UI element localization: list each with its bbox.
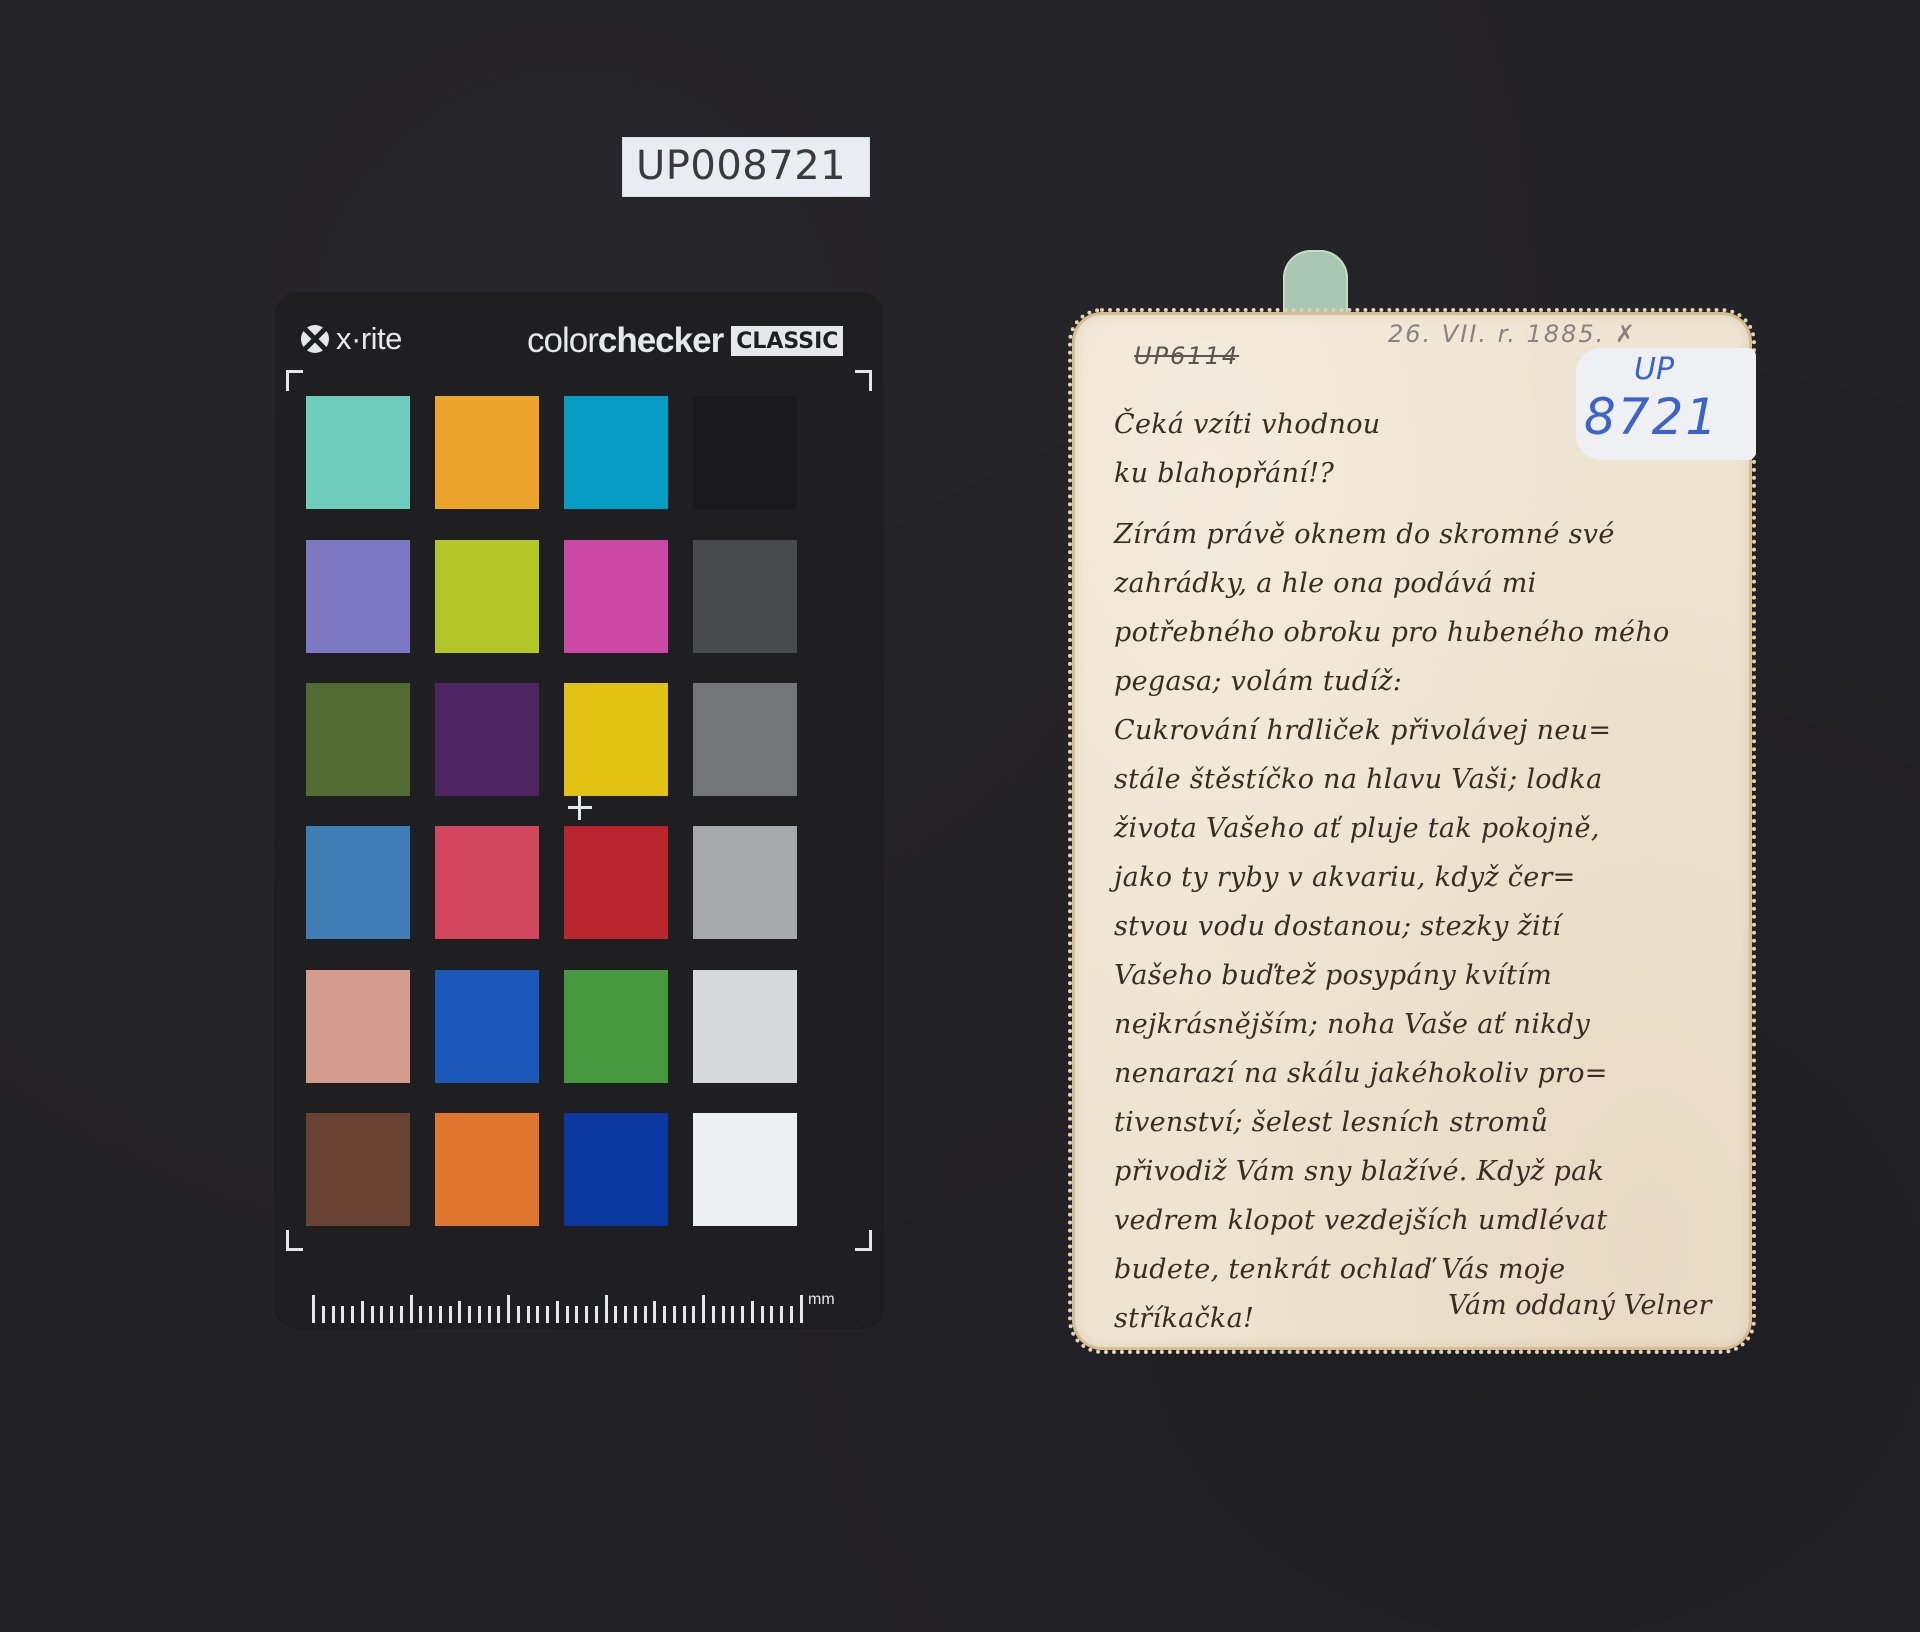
handwritten-letter-card: UP6114 26. VII. r. 1885. ✗ Čeká vzíti vh… xyxy=(1072,312,1752,1350)
ruler-tick xyxy=(614,1306,617,1323)
ruler-tick xyxy=(653,1301,656,1323)
inventory-number-label: UP008721 xyxy=(622,137,870,197)
ruler-tick xyxy=(371,1306,374,1323)
ruler-tick xyxy=(790,1306,793,1323)
letter-signature: Vám oddaný Velner xyxy=(1448,1290,1711,1321)
color-swatch xyxy=(306,970,410,1083)
ruler-tick xyxy=(517,1306,520,1323)
letter-tab xyxy=(1283,250,1348,320)
color-swatch xyxy=(306,1113,410,1226)
title-light: color xyxy=(527,321,598,361)
color-swatch xyxy=(693,1113,797,1226)
sticker-prefix: UP xyxy=(1634,352,1674,387)
pencil-date: 26. VII. r. 1885. ✗ xyxy=(1388,320,1637,348)
ruler-tick xyxy=(488,1306,491,1323)
ruler-tick xyxy=(341,1306,344,1323)
letter-line: pegasa; volám tudíž: xyxy=(1114,657,1734,706)
ruler-tick xyxy=(575,1306,578,1323)
ruler-tick xyxy=(410,1295,413,1323)
color-swatch xyxy=(693,540,797,653)
ruler-tick xyxy=(673,1306,676,1323)
color-swatch xyxy=(564,683,668,796)
ruler-tick xyxy=(419,1306,422,1323)
inventory-number-text: UP008721 xyxy=(636,143,846,189)
crop-mark-top-left-icon xyxy=(286,370,303,391)
letter-line: tivenství; šelest lesních stromů xyxy=(1114,1098,1734,1147)
letter-line: zahrádky, a hle ona podává mi xyxy=(1114,559,1734,608)
ruler-tick xyxy=(644,1306,647,1323)
ruler-tick xyxy=(761,1306,764,1323)
letter-line: přivodiž Vám sny blažívé. Když pak xyxy=(1114,1147,1734,1196)
color-swatch xyxy=(693,396,797,509)
sticker-number: 8721 xyxy=(1584,388,1719,446)
ruler-tick xyxy=(683,1306,686,1323)
ruler-tick xyxy=(585,1306,588,1323)
letter-line: jako ty ryby v akvariu, když čer= xyxy=(1114,853,1734,902)
crop-mark-top-right-icon xyxy=(855,370,872,391)
color-swatch xyxy=(435,396,539,509)
ruler-tick xyxy=(449,1306,452,1323)
letter-text: Čeká vzíti vhodnouku blahopřání!?Zírám p… xyxy=(1114,400,1734,1343)
inventory-sticker: UP 8721 xyxy=(1576,348,1756,460)
ruler-tick xyxy=(780,1306,783,1323)
color-swatch xyxy=(306,826,410,939)
ruler-tick xyxy=(429,1306,432,1323)
ruler-tick xyxy=(361,1301,364,1323)
mm-ruler xyxy=(312,1293,807,1323)
ruler-tick xyxy=(507,1295,510,1323)
colorchecker-title: color checker CLASSIC xyxy=(527,321,843,361)
ruler-tick xyxy=(566,1306,569,1323)
letter-line: stvou vodu dostanou; stezky žití xyxy=(1114,902,1734,951)
ruler-tick xyxy=(663,1306,666,1323)
ruler-tick xyxy=(722,1306,725,1323)
ruler-tick xyxy=(800,1295,803,1323)
ruler-tick xyxy=(624,1306,627,1323)
color-swatch xyxy=(306,540,410,653)
letter-line: Cukrování hrdliček přivolávej neu= xyxy=(1114,706,1734,755)
crop-mark-bottom-left-icon xyxy=(286,1230,303,1251)
ruler-tick xyxy=(605,1295,608,1323)
ruler-tick xyxy=(634,1306,637,1323)
title-bold: checker xyxy=(598,321,723,361)
color-swatch xyxy=(435,970,539,1083)
ruler-tick xyxy=(312,1295,315,1323)
ruler-tick xyxy=(497,1306,500,1323)
ruler-tick xyxy=(468,1306,471,1323)
color-swatch xyxy=(306,683,410,796)
ruler-tick xyxy=(390,1306,393,1323)
letter-line: nejkrásnějším; noha Vaše ať nikdy xyxy=(1114,1000,1734,1049)
crop-mark-bottom-right-icon xyxy=(855,1230,872,1251)
ruler-tick xyxy=(458,1301,461,1323)
crosshair-icon xyxy=(568,796,592,820)
letter-line: Zírám právě oknem do skromné své xyxy=(1114,510,1734,559)
ruler-tick xyxy=(332,1306,335,1323)
xrite-brand-text: x·rite xyxy=(336,321,402,357)
color-swatch xyxy=(693,970,797,1083)
ruler-tick xyxy=(380,1306,383,1323)
color-swatch xyxy=(435,826,539,939)
classic-badge: CLASSIC xyxy=(731,326,843,356)
color-swatch xyxy=(564,1113,668,1226)
color-swatch xyxy=(435,1113,539,1226)
xrite-logo: x·rite xyxy=(300,321,402,357)
ruler-tick xyxy=(478,1306,481,1323)
letter-line: života Vašeho ať pluje tak pokojně, xyxy=(1114,804,1734,853)
ruler-tick xyxy=(556,1301,559,1323)
letter-line: stále štěstíčko na hlavu Vaši; lodka xyxy=(1114,755,1734,804)
letter-line: budete, tenkrát ochlaď Vás moje xyxy=(1114,1245,1734,1294)
ruler-tick xyxy=(527,1306,530,1323)
color-swatch xyxy=(693,683,797,796)
ruler-tick xyxy=(702,1295,705,1323)
color-swatch xyxy=(564,540,668,653)
ruler-tick xyxy=(439,1306,442,1323)
ruler-tick xyxy=(741,1306,744,1323)
pencil-reference-number: UP6114 xyxy=(1134,342,1239,370)
ruler-unit: mm xyxy=(808,1291,835,1309)
ruler-tick xyxy=(712,1306,715,1323)
ruler-tick xyxy=(731,1306,734,1323)
color-swatch xyxy=(564,396,668,509)
ruler-tick xyxy=(546,1306,549,1323)
ruler-tick xyxy=(751,1301,754,1323)
letter-line: potřebného obroku pro hubeného mého xyxy=(1114,608,1734,657)
xrite-logo-icon xyxy=(300,324,330,354)
ruler-tick xyxy=(595,1306,598,1323)
color-swatch xyxy=(564,970,668,1083)
letter-line: vedrem klopot vezdejších umdlévat xyxy=(1114,1196,1734,1245)
color-swatch xyxy=(564,826,668,939)
colorchecker-card: x·rite color checker CLASSIC mm xyxy=(276,293,882,1328)
ruler-tick xyxy=(692,1306,695,1323)
ruler-tick xyxy=(536,1306,539,1323)
color-swatch xyxy=(435,540,539,653)
color-swatch xyxy=(693,826,797,939)
ruler-tick xyxy=(400,1306,403,1323)
color-swatch xyxy=(306,396,410,509)
ruler-tick xyxy=(322,1306,325,1323)
ruler-tick xyxy=(351,1306,354,1323)
ruler-tick xyxy=(770,1306,773,1323)
letter-line: Vašeho buďtež posypány kvítím xyxy=(1114,951,1734,1000)
color-swatch xyxy=(435,683,539,796)
letter-line: nenarazí na skálu jakéhokoliv pro= xyxy=(1114,1049,1734,1098)
